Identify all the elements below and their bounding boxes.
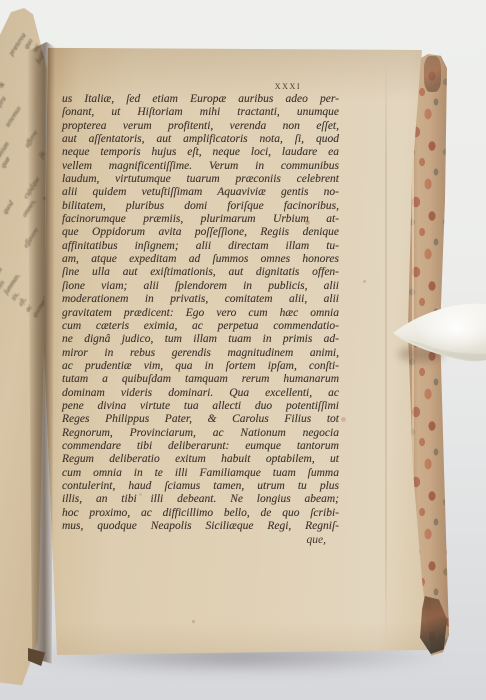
text-line: cum cæteris eximia, ac perpetua commenda… — [62, 320, 339, 333]
text-line: commendare tibi deliberarunt: eumque tan… — [62, 440, 339, 453]
text-line: ac prudentiæ vim, qua in ſortem ipſam, c… — [62, 360, 339, 373]
text-line: contulerint, haud ſciamus tamen, utrum t… — [62, 480, 339, 493]
text-line: ſonant, ut Hiſtoriam mihi tractanti, unu… — [62, 106, 339, 119]
text-line: us Italiæ, ſed etiam Europæ auribus adeo… — [62, 93, 339, 106]
fore-edge-worn-patch-top — [424, 56, 441, 92]
text-line: vellem magnificentiſſime. Verum in commu… — [62, 160, 339, 173]
text-line: Reges Philippus Pater, & Carolus Filius … — [62, 413, 339, 426]
text-line: bilitatem, pluribus domi foriſque facino… — [62, 200, 339, 213]
paper-crease — [385, 56, 387, 646]
text-line: laudum, virtutumque tuarum præconiis cel… — [62, 173, 339, 186]
text-line: ſine ulla aut exiſtimationis, aut dignit… — [62, 266, 339, 279]
book-page: xxxi us Italiæ, ſed etiam Europæ auribus… — [44, 46, 436, 658]
page-text-block: us Italiæ, ſed etiam Europæ auribus adeo… — [62, 93, 339, 533]
bone-folder-tool — [391, 299, 486, 366]
text-line: ne dignâ judico, tum illam tuam in primi… — [62, 333, 339, 346]
text-line: affinitatibus inſignem; alii directam il… — [62, 240, 339, 253]
text-line: pene divina virtute tua allecti duo pote… — [62, 400, 339, 413]
text-line: gravitatem prædicent: Ego vero cum hæc o… — [62, 307, 339, 320]
text-line: aut aſſentatoris, aut amplificatoris not… — [62, 133, 339, 146]
text-line: dominam videris dominari. Qua excellenti… — [62, 387, 339, 400]
text-line: miror in rebus gerendis magnitudinem ani… — [62, 347, 339, 360]
text-line: neque temporis hujus eſt, neque loci, la… — [62, 146, 339, 159]
book-photograph: dem hujus præterearet eſſe lector, & quo… — [0, 0, 486, 700]
text-line: illis, an tibi illi debeant. Ne longius … — [62, 493, 339, 506]
text-line: tutam a quibuſdam tamquam rerum humanaru… — [62, 373, 339, 386]
text-line: mus, quodque Neapolis Siciliæque Regi, R… — [62, 520, 339, 533]
text-line: propterea verum profitenti, verenda non … — [62, 120, 339, 133]
text-line: Regnorum, Provinciarum, ac Nationum nego… — [62, 427, 339, 440]
text-line: cum omnia in te illi Familiamque tuam ſu… — [62, 467, 339, 480]
text-line: hoc proximo, ac difficillimo bello, de q… — [62, 507, 339, 520]
text-line: alii quidem vetuſtiſſimam Aquaviviæ gent… — [62, 186, 339, 199]
text-line: am, atque expeditam ad ſummos omnes hono… — [62, 253, 339, 266]
page-number: xxxi — [258, 80, 318, 92]
text-line: facinorumque præmiis, plurimarum Urbium … — [62, 213, 339, 226]
text-line: Regum deliberatio exitum habuit optabile… — [62, 453, 339, 466]
catchword: que, — [62, 534, 339, 546]
text-line: que Oppidorum avita poſſeſſione, Regiis … — [62, 226, 339, 239]
text-line: moderationem in privatis, comitatem alii… — [62, 293, 339, 306]
text-line: ſione viam; alii ſplendorem in publicis,… — [62, 280, 339, 293]
